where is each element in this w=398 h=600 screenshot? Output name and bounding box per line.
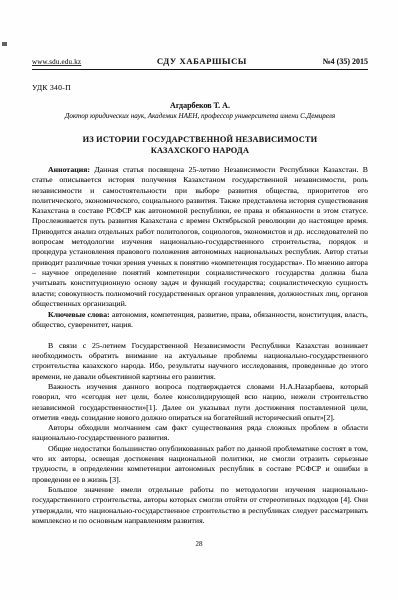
body-paragraph: Важность изучения данного вопроса подтве… xyxy=(32,382,368,423)
body-paragraph: Большое значение имели отдельные работы … xyxy=(32,485,368,526)
author-name: Агдарбеков Т. А. xyxy=(32,101,368,110)
scan-artifact xyxy=(2,42,7,46)
author-affiliation: Доктор юридических наук, Академик НАЕН, … xyxy=(32,112,368,120)
body-paragraph: Общие недостатки большинство опубликован… xyxy=(32,444,368,485)
body-paragraph: Авторы обходили молчанием сам факт сущес… xyxy=(32,423,368,444)
keywords-label: Ключевые слова: xyxy=(48,310,110,319)
journal-header: www.sdu.edu.kz СДУ ХАБАРШЫСЫ №4 (35) 201… xyxy=(32,56,368,70)
body-paragraph: В связи с 25-летием Государственной Неза… xyxy=(32,341,368,382)
article-body: В связи с 25-летием Государственной Неза… xyxy=(32,341,368,526)
abstract-text: Данная статья посвящена 25-летию Независ… xyxy=(32,165,368,308)
abstract-label: Аннотация: xyxy=(48,165,90,174)
abstract: Аннотация: Данная статья посвящена 25-ле… xyxy=(32,165,368,309)
journal-website: www.sdu.edu.kz xyxy=(32,58,81,66)
page-number: 28 xyxy=(0,540,398,548)
journal-issue: №4 (35) 2015 xyxy=(323,57,368,66)
keywords: Ключевые слова: автономия, компетенция, … xyxy=(32,310,368,331)
udc-code: УДК 340-П xyxy=(32,83,368,92)
article-title: ИЗ ИСТОРИИ ГОСУДАРСТВЕННОЙ НЕЗАВИСИМОСТИ… xyxy=(32,134,368,156)
article-title-line2: КАЗАХСКОГО НАРОДА xyxy=(151,146,249,155)
article-title-line1: ИЗ ИСТОРИИ ГОСУДАРСТВЕННОЙ НЕЗАВИСИМОСТИ xyxy=(83,135,318,144)
journal-title: СДУ ХАБАРШЫСЫ xyxy=(157,56,247,66)
scanned-paper-page: www.sdu.edu.kz СДУ ХАБАРШЫСЫ №4 (35) 201… xyxy=(0,0,398,600)
